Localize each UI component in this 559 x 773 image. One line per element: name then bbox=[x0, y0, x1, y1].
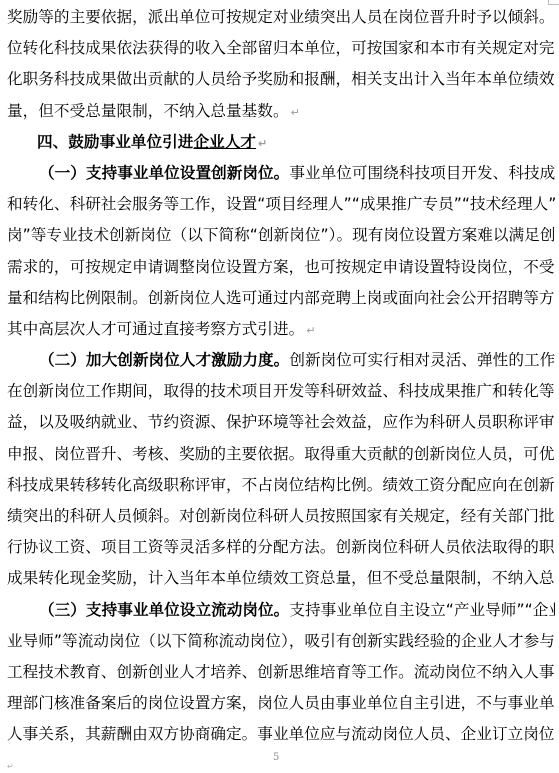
line-text: 支持事业单位自主设立“产业导师”“企业教授”“创 bbox=[289, 601, 555, 619]
line-text: 其中高层次人才可通过直接考察方式引进。 bbox=[7, 320, 304, 338]
text-line: 和转化、科研社会服务等工作，设置“项目经理人”“成果推广专员”“技术经理人”“转… bbox=[7, 189, 555, 220]
text-line: 行协议工资、项目工资等灵活多样的分配方法。创新岗位科研人员依法取得的职务科技 bbox=[7, 532, 555, 563]
line-text: 绩突出的科研人员倾斜。对创新岗位科研人员按照国家有关规定，经有关部门批准可实 bbox=[7, 507, 555, 525]
page-number: 5 bbox=[273, 752, 279, 763]
text-line: 位转化科技成果依法获得的收入全部留归本单位，可按国家和本市有关规定对完成或转 bbox=[7, 33, 555, 64]
section-heading: 四、鼓励事业单位引进企业人才↵ bbox=[7, 127, 555, 158]
text-line: 业导师”等流动岗位（以下简称流动岗位），吸引有创新实践经验的企业人才参与本单位 bbox=[7, 626, 555, 657]
line-text: 岗”等专业技术创新岗位（以下简称“创新岗位”）。现有岗位设置方案难以满足创新工作 bbox=[7, 226, 555, 244]
text-line: 理部门核准备案后的岗位设置方案，岗位人员由事业单位自主引进，不与事业单位建立 bbox=[7, 688, 555, 719]
section3-first-line: （三）支持事业单位设立流动岗位。支持事业单位自主设立“产业导师”“企业教授”“创 bbox=[7, 595, 555, 626]
line-text: 量和结构比例限制。创新岗位人选可通过内部竞聘上岗或面向社会公开招聘等方式产生， bbox=[7, 289, 555, 307]
line-text: 和转化、科研社会服务等工作，设置“项目经理人”“成果推广专员”“技术经理人”“转… bbox=[7, 195, 555, 213]
text-line: 奖励等的主要依据，派出单位可按规定对业绩突出人员在岗位晋升时予以倾斜。事业单 bbox=[7, 2, 555, 33]
paragraph-mark-icon: ↵ bbox=[306, 324, 315, 337]
text-line: 科技成果转移转化高级职称评审，不占岗位结构比例。绩效工资分配应向在创新岗位业 bbox=[7, 470, 555, 501]
line-text: 奖励等的主要依据，派出单位可按规定对业绩突出人员在岗位晋升时予以倾斜。事业单 bbox=[7, 8, 555, 26]
text-line: 人事关系，其薪酬由双方协商确定。事业单位应与流动岗位人员、企业订立岗位协议， bbox=[7, 719, 555, 750]
line-text: 位转化科技成果依法获得的收入全部留归本单位，可按国家和本市有关规定对完成或转 bbox=[7, 39, 555, 57]
line-text: 理部门核准备案后的岗位设置方案，岗位人员由事业单位自主引进，不与事业单位建立 bbox=[7, 694, 555, 712]
section2-first-line: （二）加大创新岗位人才激励力度。创新岗位可实行相对灵活、弹性的工作时间。 bbox=[7, 345, 555, 376]
text-line: 需求的，可按规定申请调整岗位设置方案，也可按规定申请设置特设岗位，不受岗位总 bbox=[7, 252, 555, 283]
text-line: 岗”等专业技术创新岗位（以下简称“创新岗位”）。现有岗位设置方案难以满足创新工作 bbox=[7, 220, 555, 251]
footer-paragraph-mark-icon: ↵ bbox=[7, 762, 14, 771]
line-text: 成果转化现金奖励，计入当年本单位绩效工资总量，但不受总量限制，不纳入总量基数。 bbox=[7, 569, 555, 587]
line-text: 申报、岗位晋升、考核、奖励的主要依据。取得重大贡献的创新岗位人员，可优先参加 bbox=[7, 445, 555, 463]
line-text: 行协议工资、项目工资等灵活多样的分配方法。创新岗位科研人员依法取得的职务科技 bbox=[7, 538, 555, 556]
text-line: 化职务科技成果做出贡献的人员给予奖励和报酬，相关支出计入当年本单位绩效工资总 bbox=[7, 64, 555, 95]
line-text: 益，以及吸纳就业、节约资源、保护环境等社会效益，应作为科研人员职称评审、项目 bbox=[7, 413, 555, 431]
paragraph-mark-icon: ↵ bbox=[258, 137, 267, 150]
line-text: 在创新岗位工作期间，取得的技术项目开发等科研效益、科技成果推广和转化等经济效 bbox=[7, 382, 555, 400]
line-text: 业导师”等流动岗位（以下简称流动岗位），吸引有创新实践经验的企业人才参与本单位 bbox=[7, 632, 555, 650]
heading-underlined-text: 企业人才 bbox=[193, 133, 256, 151]
line-text: 创新岗位可实行相对灵活、弹性的工作时间。 bbox=[289, 351, 555, 369]
line-text: 科技成果转移转化高级职称评审，不占岗位结构比例。绩效工资分配应向在创新岗位业 bbox=[7, 476, 555, 494]
section3-title: （三）支持事业单位设立流动岗位。 bbox=[39, 601, 289, 619]
line-text: 需求的，可按规定申请调整岗位设置方案，也可按规定申请设置特设岗位，不受岗位总 bbox=[7, 258, 555, 276]
paragraph-mark-icon: ↵ bbox=[291, 106, 300, 119]
text-line: 量，但不受总量限制，不纳入总量基数。↵ bbox=[7, 96, 555, 127]
line-text: 人事关系，其薪酬由双方协商确定。事业单位应与流动岗位人员、企业订立岗位协议， bbox=[7, 725, 555, 743]
text-line: 申报、岗位晋升、考核、奖励的主要依据。取得重大贡献的创新岗位人员，可优先参加 bbox=[7, 439, 555, 470]
document-body[interactable]: 奖励等的主要依据，派出单位可按规定对业绩突出人员在岗位晋升时予以倾斜。事业单 位… bbox=[7, 2, 555, 751]
section1-first-line: （一）支持事业单位设置创新岗位。事业单位可围绕科技项目开发、科技成果推广 bbox=[7, 158, 555, 189]
text-line: 成果转化现金奖励，计入当年本单位绩效工资总量，但不受总量限制，不纳入总量基数。↵ bbox=[7, 563, 555, 594]
text-line: 益，以及吸纳就业、节约资源、保护环境等社会效益，应作为科研人员职称评审、项目 bbox=[7, 407, 555, 438]
line-text: 量，但不受总量限制，不纳入总量基数。 bbox=[7, 102, 289, 120]
text-line: 绩突出的科研人员倾斜。对创新岗位科研人员按照国家有关规定，经有关部门批准可实 bbox=[7, 501, 555, 532]
section2-title: （二）加大创新岗位人才激励力度。 bbox=[39, 351, 289, 369]
line-text: 事业单位可围绕科技项目开发、科技成果推广 bbox=[289, 164, 555, 182]
line-text: 工程技术教育、创新创业人才培养、创新思维培育等工作。流动岗位不纳入人事综合管 bbox=[7, 663, 555, 681]
heading-text: 四、鼓励事业单位引进 bbox=[37, 133, 193, 151]
text-line: 量和结构比例限制。创新岗位人选可通过内部竞聘上岗或面向社会公开招聘等方式产生， bbox=[7, 283, 555, 314]
line-text: 化职务科技成果做出贡献的人员给予奖励和报酬，相关支出计入当年本单位绩效工资总 bbox=[7, 70, 555, 88]
text-line: 在创新岗位工作期间，取得的技术项目开发等科研效益、科技成果推广和转化等经济效 bbox=[7, 376, 555, 407]
text-line: 其中高层次人才可通过直接考察方式引进。↵ bbox=[7, 314, 555, 345]
section1-title: （一）支持事业单位设置创新岗位。 bbox=[39, 164, 289, 182]
text-line: 工程技术教育、创新创业人才培养、创新思维培育等工作。流动岗位不纳入人事综合管 bbox=[7, 657, 555, 688]
document-page: 奖励等的主要依据，派出单位可按规定对业绩突出人员在岗位晋升时予以倾斜。事业单 位… bbox=[0, 0, 559, 773]
